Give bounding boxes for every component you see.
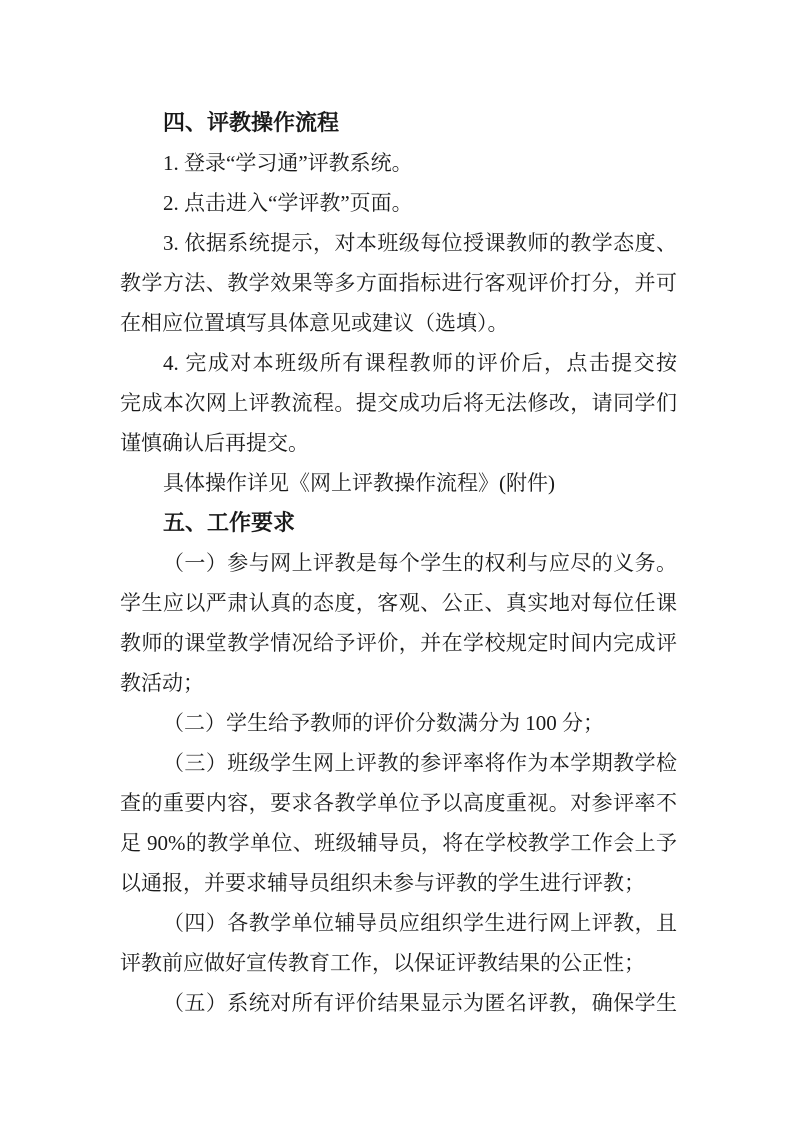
text-line: 足 90%的教学单位、班级辅导员，将在学校教学工作会上予 <box>120 823 677 863</box>
text-line: 完成本次网上评教流程。提交成功后将无法修改，请同学们 <box>120 383 677 423</box>
text-line: 学生应以严肃认真的态度，客观、公正、真实地对每位任课 <box>120 583 677 623</box>
document-content: 四、评教操作流程1. 登录“学习通”评教系统。2. 点击进入“学评教”页面。3.… <box>120 103 677 1023</box>
text-line: 教学方法、教学效果等多方面指标进行客观评价打分，并可 <box>120 263 677 303</box>
text-line: 以通报，并要求辅导员组织未参与评教的学生进行评教； <box>120 863 677 903</box>
section-heading: 五、工作要求 <box>120 503 677 543</box>
text-line: 4. 完成对本班级所有课程教师的评价后，点击提交按钮， <box>120 343 677 383</box>
text-line: 教活动； <box>120 663 677 703</box>
text-line: 谨慎确认后再提交。 <box>120 423 677 463</box>
text-line: 查的重要内容，要求各教学单位予以高度重视。对参评率不 <box>120 783 677 823</box>
text-line: （一）参与网上评教是每个学生的权利与应尽的义务。 <box>120 543 677 583</box>
text-line: 在相应位置填写具体意见或建议（选填）。 <box>120 303 677 343</box>
text-line: 2. 点击进入“学评教”页面。 <box>120 183 677 223</box>
document-page: 四、评教操作流程1. 登录“学习通”评教系统。2. 点击进入“学评教”页面。3.… <box>0 0 793 1122</box>
text-line: （五）系统对所有评价结果显示为匿名评教，确保学生 <box>120 983 677 1023</box>
text-line: 具体操作详见《网上评教操作流程》(附件) <box>120 463 677 503</box>
section-heading: 四、评教操作流程 <box>120 103 677 143</box>
text-line: （四）各教学单位辅导员应组织学生进行网上评教，且 <box>120 903 677 943</box>
text-line: （三）班级学生网上评教的参评率将作为本学期教学检 <box>120 743 677 783</box>
text-line: 教师的课堂教学情况给予评价，并在学校规定时间内完成评 <box>120 623 677 663</box>
text-line: 1. 登录“学习通”评教系统。 <box>120 143 677 183</box>
text-line: （二）学生给予教师的评价分数满分为 100 分； <box>120 703 677 743</box>
text-line: 评教前应做好宣传教育工作，以保证评教结果的公正性； <box>120 943 677 983</box>
text-line: 3. 依据系统提示，对本班级每位授课教师的教学态度、 <box>120 223 677 263</box>
